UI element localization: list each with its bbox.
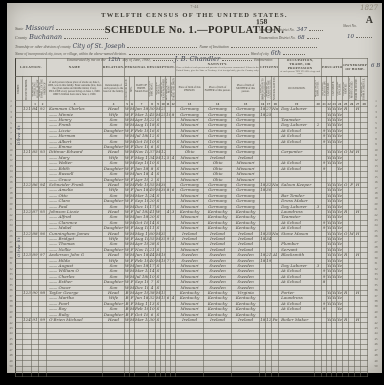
cell [279,371,315,376]
cell: 24 [149,193,156,198]
cell: Yes [332,193,337,198]
cell: 19 [266,258,272,263]
cell: Jun 1867 [135,296,149,301]
cell: 10 [166,112,171,117]
cell: W [125,155,130,160]
street-name: Olive St [16,103,21,145]
cell: 18 [161,253,166,258]
cell: Yes [337,155,343,160]
cell: Daughter [103,128,125,133]
rule [309,24,323,31]
cell: M [130,269,135,274]
cell: Yes [332,318,337,323]
census-page: 7-44 1827 TWELFTH CENSUS OF THE UNITED S… [7,3,382,373]
cell: 87 [32,209,39,214]
cell: 40 [149,258,156,263]
cell: 41 [149,209,156,214]
cell: Yes [332,128,337,133]
corner-handwritten-note: 1827 [360,4,378,12]
cell: W [125,220,130,225]
cell: Yes [337,220,343,225]
column-header: Relationship of each person to the head … [103,77,125,101]
cell [16,371,23,376]
cell: 50 [149,107,156,112]
cell: W [125,166,130,171]
cell: Yes [337,296,343,301]
cell: Yes [332,107,337,112]
cell: M [130,215,135,220]
cell: 1240 [23,318,32,323]
cell: M [156,150,161,155]
column-header: NATURALIZATION. [272,77,279,101]
rule [356,31,372,38]
cell: W [125,242,130,247]
cell: Yes [332,269,337,274]
group-header: PERSONAL DESCRIPTION. [125,59,176,77]
cell: Yes [337,161,343,166]
cell: M [130,123,135,128]
column-header: AGE AT LAST BIRTHDAY. [149,77,156,101]
cell: Yes [327,269,332,274]
cell: Yes [337,269,343,274]
cell: Yes [327,204,332,209]
cell: 1879 [260,253,266,258]
cell: W [125,280,130,285]
cell: Yes [337,231,343,236]
cell [361,371,368,376]
cell: 86 [32,182,39,187]
cell: M [130,264,135,269]
cell [315,371,322,376]
cell: 25 [161,107,166,112]
cell: Yes [327,123,332,128]
cell: M [130,161,135,166]
cell: B [125,312,130,317]
cell: 30 [161,188,166,193]
cell: Oct 1889 [135,139,149,144]
cell: Yes [327,209,332,214]
group-header: NATIVITY.Place of birth of each person a… [176,59,260,77]
cell: M [130,242,135,247]
cell: 89 [32,253,39,258]
cell: Yes [337,182,343,187]
cell: Yes [332,253,337,258]
column-header: MONTHS NOT EMPLOYED. [315,77,322,101]
cell: M [156,107,161,112]
cell: M [130,107,135,112]
cell: 55 [149,236,156,241]
group-header: OCCUPATION, TRADE, OR PROFESSIONof each … [279,59,322,77]
group-header: LOCATION. [16,59,47,77]
cell: M [130,274,135,279]
cell: W [125,107,130,112]
cell: 91 [32,318,39,323]
cell: W [125,161,130,166]
cell: 34 [149,155,156,160]
cell: M [130,318,135,323]
cell: Yes [332,236,337,241]
cell: Yes [332,220,337,225]
cell: 12 [161,155,166,160]
cell: Yes [332,123,337,128]
cell: 84 [32,107,39,112]
column-header: of each person whose place of abode on J… [47,77,103,101]
cell: Yes [337,226,343,231]
cell: Dec 1893 [135,145,149,150]
column-header: Place of birth of MOTHER of this person. [232,77,260,101]
cell: Yes [327,274,332,279]
column-header: NUMBER OF FARM SCHEDULE. [361,77,368,101]
cell: Na [272,182,279,187]
cell: Yes [337,139,343,144]
cell: Yes [332,274,337,279]
cell: Feb 1845 [135,182,149,187]
cell: Yes [332,188,337,193]
cell: M [156,182,161,187]
cell: Yes [337,188,343,193]
cell: 20 [149,215,156,220]
cell: W [125,139,130,144]
cell: Yes [327,155,332,160]
cell: Yes [337,247,343,252]
cell: 55 [149,182,156,187]
cell [23,371,32,376]
cell: Yes [327,134,332,139]
cell: Yes [327,220,332,225]
cell: Yes [327,253,332,258]
cell: 1873 [260,107,266,112]
cell: Yes [327,188,332,193]
cell: Yes [332,226,337,231]
cell: Yes [332,150,337,155]
cell: M [156,155,161,160]
cell: M [130,193,135,198]
cell: Yes [327,128,332,133]
cell: Mar 1855 [135,112,149,117]
schedule-title: SCHEDULE No. 1.—POPULATION. [7,25,382,36]
cell: Yes [327,150,332,155]
cell: M [349,231,355,236]
sheet-value-line: 10 [347,31,372,40]
cell: 10 [149,274,156,279]
cell: W [125,226,130,231]
census-table-head: LOCATION.NAMERELATION.PERSONAL DESCRIPTI… [16,59,368,107]
cell: Yes [327,258,332,263]
column-header: WHETHER SINGLE, MARRIED, WIDOWED, OR DIV… [156,77,161,101]
cell: Jun 1855 [135,253,149,258]
cell: 32 [266,182,272,187]
cell [204,371,232,376]
cell: Jul 1858 [135,209,149,214]
cell: Dec 1895 [135,285,149,290]
cell: Yes [327,199,332,204]
cell: Yes [332,112,337,117]
cell: Nov 1878 [135,247,149,252]
cell: 1866 [260,236,266,241]
cell [176,371,204,376]
cell: Yes [332,134,337,139]
cell: Yes [332,296,337,301]
cell: Yes [337,193,343,198]
cell: M [156,291,161,296]
cell: Daughter [103,312,125,317]
cell [149,371,156,376]
cell: Yes [332,247,337,252]
group-header: RELATION. [103,59,125,77]
cell: 90 [32,291,39,296]
cell: Saloon Keeper [279,182,315,187]
cell: W [125,150,130,155]
census-table-body: 12148492Kamman CharlesHeadWMJan 185050M2… [16,107,368,377]
cell: Pa [272,318,279,323]
column-header: NUMBER OF THESE CHILDREN LIVING. [171,77,176,101]
cell: 1875 [260,112,266,117]
cell: Yes [332,182,337,187]
margin-note: 6 B [371,63,380,69]
cell [232,371,260,376]
cell: Yes [327,182,332,187]
cell: Na [272,231,279,236]
group-header: EDUCATION. [322,59,343,77]
cell: 13 [149,301,156,306]
cell: Yes [337,112,343,117]
column-header: MOTHER OF HOW MANY CHILDREN. [166,77,171,101]
cell: 30 [149,318,156,323]
column-header: Place of birth of this PERSON. [176,77,204,101]
cell: W [125,247,130,252]
cell: May 1887 [135,301,149,306]
column-header: HOUSE NUMBER. [23,77,32,101]
row-number: 50 [373,364,379,369]
cell: 1881 [260,258,266,263]
cell: Mar 1886 [135,269,149,274]
cell: Jan 1850 [135,107,149,112]
column-header: YEAR OF IMMIGRATION TO THE UNITED STATES… [260,77,266,101]
column-header: CAN SPEAK ENGLISH. [337,77,343,101]
cell: Yes [327,193,332,198]
scanned-census-sheet: { "header": { "form_number": "7-44", "co… [0,0,384,385]
cell: Yes [332,204,337,209]
cell: W [125,236,130,241]
cell: 1216 [23,150,32,155]
cell: W [125,193,130,198]
cell: Yes [337,150,343,155]
cell: Apr 1878 [135,118,149,123]
street-name: Olive St [16,215,21,257]
cell: W [125,318,130,323]
cell: Yes [337,134,343,139]
cell: 1888 [260,318,266,323]
group-header: OWNERSHIP OF HOME. [343,59,368,77]
cell: Jan 1880 [135,215,149,220]
cell: Daughter [103,247,125,252]
cell: 21 [149,247,156,252]
cell: Sep 1892 [135,280,149,285]
cell: Yes [332,242,337,247]
cell: Oct 1885 [135,220,149,225]
cell: 30 [161,182,166,187]
cell: W [125,134,130,139]
cell: Yes [327,231,332,236]
cell: Apr 1898 [135,177,149,182]
cell: M [130,307,135,312]
cell: Wd [156,209,161,214]
cell: W [125,188,130,193]
cell: 21 [266,253,272,258]
cell: Yes [337,118,343,123]
cell: Daughter [103,280,125,285]
cell: 37 [149,150,156,155]
cell: 10 [149,161,156,166]
rule [127,41,197,48]
cell: M [156,258,161,263]
cell: Yes [337,236,343,241]
cell: Yes [332,118,337,123]
cell: 28 [149,242,156,247]
rule [283,48,305,55]
cell: Yes [327,236,332,241]
cell: Yes [332,291,337,296]
cell: Daughter [103,145,125,150]
cell: M [130,134,135,139]
cell: 22 [149,118,156,123]
cell: Jun 1850 [135,188,149,193]
cell: Yes [337,123,343,128]
cell: W [125,285,130,290]
cell: Mar 1876 [135,193,149,198]
cell: M [156,296,161,301]
column-header: NUMBER OF DWELLING HOUSE, IN THE ORDER O… [32,77,39,101]
cell: M [156,112,161,117]
cell [135,371,149,376]
cell: Yes [332,231,337,236]
cell: M [156,253,161,258]
cell: W [125,128,130,133]
cell: Yes [327,226,332,231]
group-header: CITIZENSHIP. [260,59,279,77]
cell: Yes [337,107,343,112]
cell: 35 [266,231,272,236]
cell: Jan 1883 [135,264,149,269]
cell: Sep 1889 [135,161,149,166]
cell [103,371,125,376]
cell: Yes [337,128,343,133]
cell: Nov 1862 [135,150,149,155]
column-header: Place of birth of FATHER of this person. [204,77,232,101]
cell: 35 [161,236,166,241]
cell: M [130,150,135,155]
cell: 12 [161,150,166,155]
cell: Aug 1844 [135,236,149,241]
cell: 15 [161,291,166,296]
census-title: TWELFTH CENSUS OF THE UNITED STATES. [7,12,382,19]
cell: 1220 [23,182,32,187]
cell: Yes [332,209,337,214]
column-header: OWNED FREE OR MORTGAGED. [349,77,355,101]
cell: W [125,118,130,123]
cell: Sep 1879 [135,199,149,204]
cell: Daughter [103,226,125,231]
right-row-numbers: 1234567891011121314151617181920212223242… [373,99,379,369]
sheet-label: Sheet No. [343,24,357,28]
rule [307,32,319,39]
cell: Yes [332,199,337,204]
cell: M [130,231,135,236]
cell: W [125,204,130,209]
column-header: OWNED OR RENTED. [343,77,349,101]
left-row-numbers: 1234567891011121314151617181920212223242… [8,99,14,369]
cell: 18 [161,258,166,263]
cell: Apr 1862 [135,291,149,296]
cell: 1232 [23,253,32,258]
enumeration-line: Enumeration District No. 68 [259,32,319,41]
cell: 18 [149,123,156,128]
cell: M [156,236,161,241]
cell: 14 [149,220,156,225]
column-header: DATE OF BIRTH. Month Year [135,77,149,101]
cell: 16 [149,128,156,133]
cell: 10 [149,139,156,144]
cell: Feb 1884 [135,128,149,133]
cell: Yes [327,161,332,166]
cell: Yes [332,139,337,144]
cell: Yes [337,242,343,247]
cell: Yes [337,274,343,279]
cell: Yes [337,258,343,263]
cell: 1865 [260,231,266,236]
cell: W [125,269,130,274]
rule [231,41,317,48]
table-row [16,371,368,376]
cell: 1870 [260,188,266,193]
cell: 34 [266,236,272,241]
cell: M [130,220,135,225]
cell: B [125,301,130,306]
cell: W [125,274,130,279]
cell: Feb 1890 [135,307,149,312]
column-header: STREET. [16,77,23,101]
cell: 88 [32,231,39,236]
cell: 17 [149,264,156,269]
cell: Yes [327,242,332,247]
cell: Aug 1881 [135,123,149,128]
cell: Yes [332,301,337,306]
cell: Yes [337,199,343,204]
cell: 1868 [260,182,266,187]
cell: W [125,172,130,177]
cell: Yes [327,296,332,301]
cell: Daughter [103,177,125,182]
column-header: NUMBER OF YEARS MARRIED. [161,77,166,101]
cell: Yes [337,204,343,209]
cell: Yes [337,318,343,323]
cell: W [125,215,130,220]
cell: Yes [332,161,337,166]
cell: 25 [266,112,272,117]
column-header: NUMBER OF FAMILY, IN THE ORDER OF VISITA… [39,77,47,101]
cell: 1224 [23,209,32,214]
cell: Mar 1870 [135,318,149,323]
cell: Jun 1895 [135,172,149,177]
cell: M [130,118,135,123]
cell: Yes [332,264,337,269]
sheet-line: Sheet No. [343,24,357,28]
column-header: OCCUPATION. [279,77,315,101]
cell: 27 [266,107,272,112]
cell: 35 [161,231,166,236]
cell: 30 [266,188,272,193]
cell: Yes [337,291,343,296]
